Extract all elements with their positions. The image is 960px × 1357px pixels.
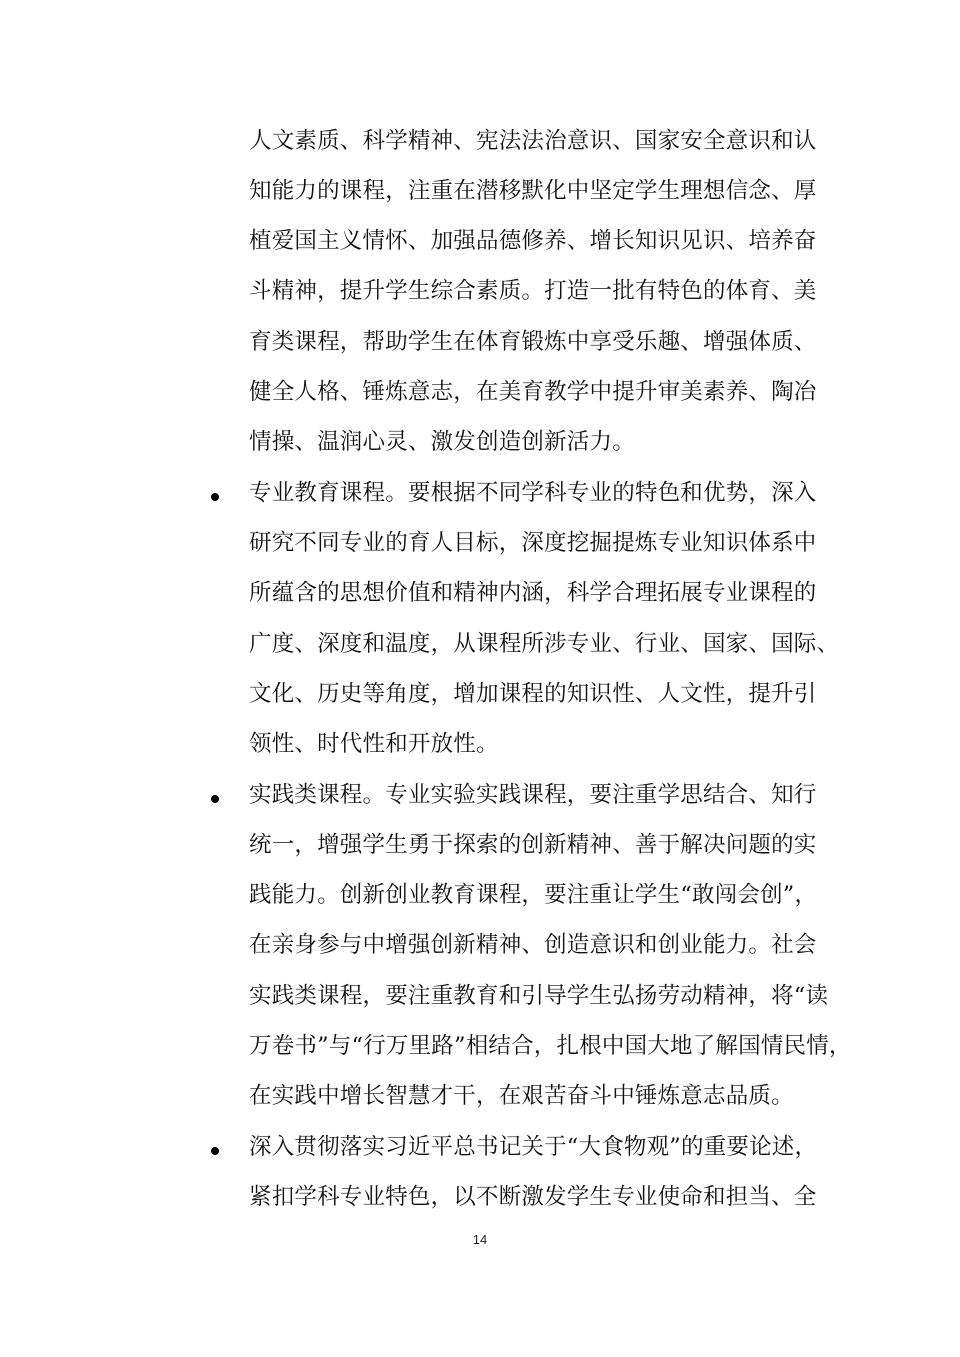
text-line: 在实践中增长智慧才干，在艰苦奋斗中锤炼意志品质。 — [249, 1071, 829, 1121]
text-line: 实践类课程，要注重教育和引导学生弘扬劳动精神，将“读 — [249, 971, 829, 1021]
text-line: 知能力的课程，注重在潜移默化中坚定学生理想信念、厚 — [249, 166, 829, 216]
text-line: 研究不同专业的育人目标，深度挖掘提炼专业知识体系中 — [249, 518, 829, 568]
text-line: 统一，增强学生勇于探索的创新精神、善于解决问题的实 — [249, 820, 829, 870]
text-line: 万卷书”与“行万里路”相结合，扎根中国大地了解国情民情， — [249, 1021, 829, 1071]
text-line: 情操、温润心灵、激发创造创新活力。 — [249, 417, 829, 467]
text-line: 专业教育课程。要根据不同学科专业的特色和优势，深入 — [249, 468, 829, 518]
text-line: 所蕴含的思想价值和精神内涵，科学合理拓展专业课程的 — [249, 568, 829, 618]
bullet-icon — [211, 1147, 221, 1157]
text-line: 广度、深度和温度，从课程所涉专业、行业、国家、国际、 — [249, 619, 829, 669]
bullet-icon — [211, 493, 221, 503]
text-line: 践能力。创新创业教育课程，要注重让学生“敢闯会创”， — [249, 870, 829, 920]
text-line: 在亲身参与中增强创新精神、创造意识和创业能力。社会 — [249, 920, 829, 970]
text-line: 育类课程，帮助学生在体育锻炼中享受乐趣、增强体质、 — [249, 317, 829, 367]
text-line: 人文素质、科学精神、宪法法治意识、国家安全意识和认 — [249, 116, 829, 166]
text-line: 文化、历史等角度，增加课程的知识性、人文性，提升引 — [249, 669, 829, 719]
text-line: 健全人格、锤炼意志，在美育教学中提升审美素养、陶冶 — [249, 367, 829, 417]
text-line: 斗精神，提升学生综合素质。打造一批有特色的体育、美 — [249, 266, 829, 316]
text-line: 领性、时代性和开放性。 — [249, 719, 829, 769]
text-line: 植爱国主义情怀、加强品德修养、增长知识见识、培养奋 — [249, 216, 829, 266]
bullet-icon — [211, 795, 221, 805]
text-line: 紧扣学科专业特色，以不断激发学生专业使命和担当、全 — [249, 1172, 829, 1222]
document-page: 人文素质、科学精神、宪法法治意识、国家安全意识和认 知能力的课程，注重在潜移默化… — [0, 0, 960, 1357]
text-line: 实践类课程。专业实验实践课程，要注重学思结合、知行 — [249, 770, 829, 820]
page-number: 14 — [0, 1232, 960, 1247]
text-line: 深入贯彻落实习近平总书记关于“大食物观”的重要论述， — [249, 1122, 829, 1172]
